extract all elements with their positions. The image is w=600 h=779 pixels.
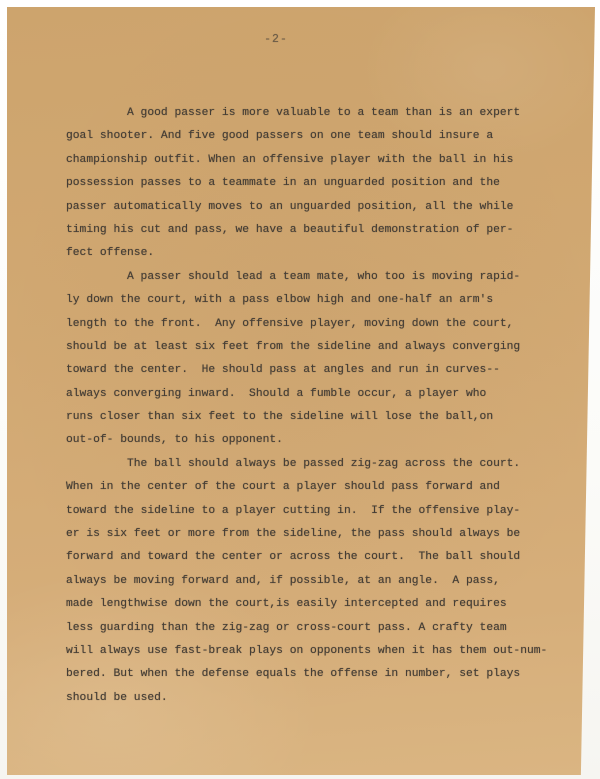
text-line: should be at least six feet from the sid… — [66, 336, 571, 359]
text-line: er is six feet or more from the sideline… — [66, 523, 571, 546]
page-body: A good passer is more valuable to a team… — [66, 102, 571, 710]
text-line: should be used. — [66, 687, 571, 710]
scan-background: -2- A good passer is more valuable to a … — [0, 0, 600, 779]
text-line: goal shooter. And five good passers on o… — [66, 125, 571, 148]
text-line: less guarding than the zig-zag or cross-… — [66, 617, 571, 640]
text-line: forward and toward the center or across … — [66, 546, 571, 569]
text-line: possession passes to a teammate in an un… — [66, 172, 571, 195]
text-line: championship outfit. When an offensive p… — [66, 149, 571, 172]
text-line: bered. But when the defense equals the o… — [66, 663, 571, 686]
text-line: A good passer is more valuable to a team… — [66, 102, 571, 125]
text-line: ly down the court, with a pass elbow hig… — [66, 289, 571, 312]
text-line: always be moving forward and, if possibl… — [66, 570, 571, 593]
text-line: length to the front. Any offensive playe… — [66, 313, 571, 336]
document-page: -2- A good passer is more valuable to a … — [7, 7, 595, 775]
text-line: will always use fast-break plays on oppo… — [66, 640, 571, 663]
text-line: always converging inward. Should a fumbl… — [66, 383, 571, 406]
text-line: The ball should always be passed zig-zag… — [66, 453, 571, 476]
text-line: made lengthwise down the court,is easily… — [66, 593, 571, 616]
text-line: timing his cut and pass, we have a beaut… — [66, 219, 571, 242]
text-line: fect offense. — [66, 242, 571, 265]
text-line: When in the center of the court a player… — [66, 476, 571, 499]
text-line: passer automatically moves to an unguard… — [66, 196, 571, 219]
page-number: -2- — [66, 33, 486, 46]
text-line: runs closer than six feet to the sidelin… — [66, 406, 571, 429]
text-line: toward the center. He should pass at ang… — [66, 359, 571, 382]
text-line: toward the sideline to a player cutting … — [66, 500, 571, 523]
paragraph-2: A passer should lead a team mate, who to… — [66, 266, 571, 453]
paragraph-3: The ball should always be passed zig-zag… — [66, 453, 571, 710]
text-line: A passer should lead a team mate, who to… — [66, 266, 571, 289]
paragraph-1: A good passer is more valuable to a team… — [66, 102, 571, 266]
text-line: out-of- bounds, to his opponent. — [66, 429, 571, 452]
